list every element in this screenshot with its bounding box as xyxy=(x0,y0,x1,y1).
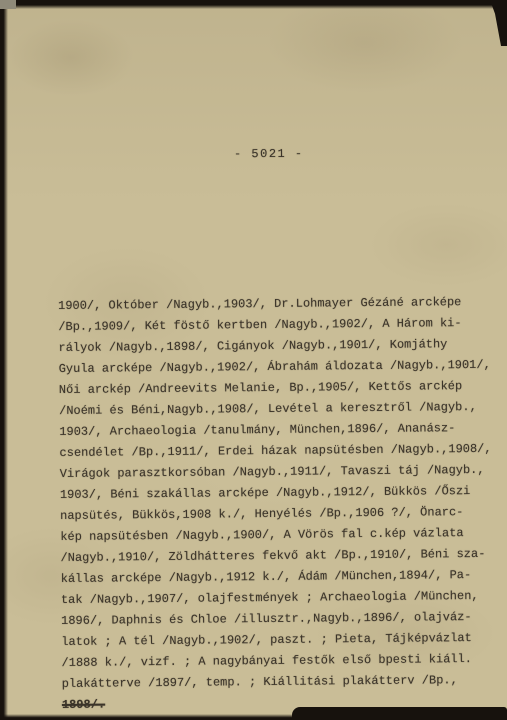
scan-edge-left xyxy=(0,0,8,720)
text-line: 1898/. xyxy=(62,695,105,716)
text-line: plakátterve /1897/, temp. ; Kiállitási p… xyxy=(62,670,507,695)
typewritten-text: 1900/, Október /Nagyb.,1903/, Dr.Lohmaye… xyxy=(58,292,507,716)
scan-edge-top xyxy=(0,0,507,9)
scan-edge-top-right xyxy=(487,0,507,46)
page-number: - 5021 - xyxy=(234,147,304,161)
scanner-bed-corner xyxy=(0,0,16,9)
scanned-page: - 5021 - 1900/, Október /Nagyb.,1903/, D… xyxy=(0,0,507,720)
